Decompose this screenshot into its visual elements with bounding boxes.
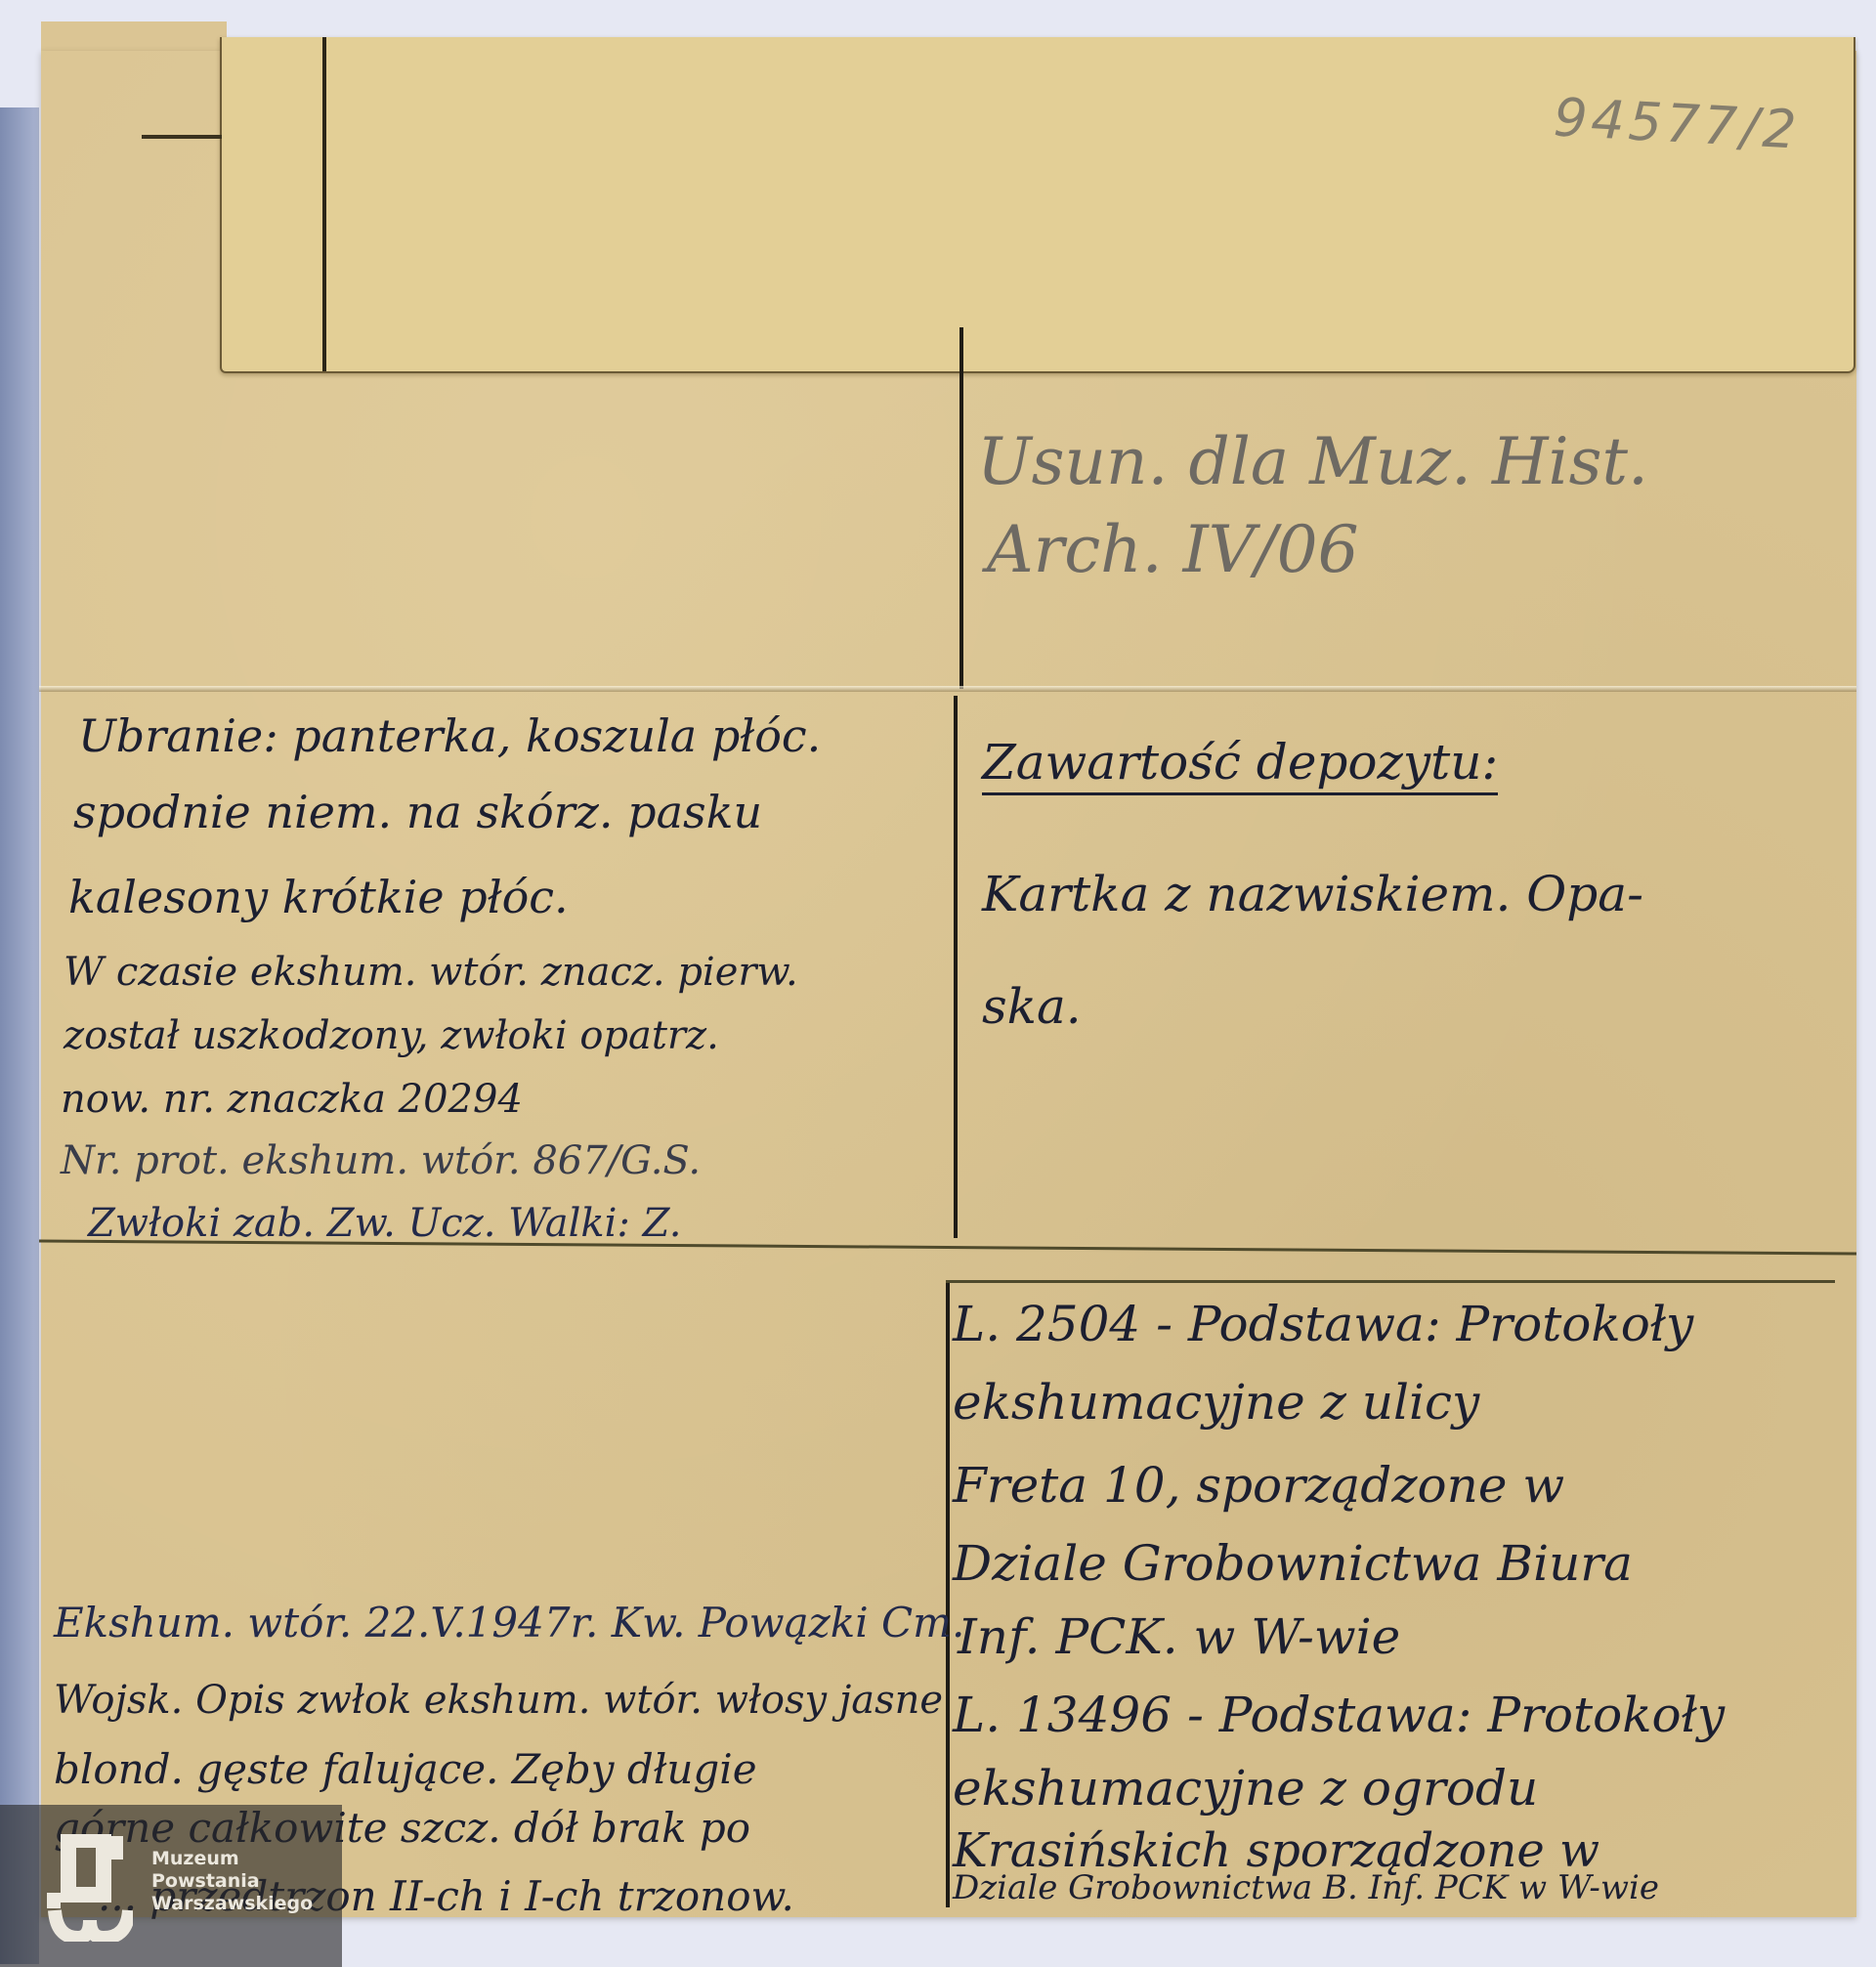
museum-name-line: Warszawskiego <box>151 1893 313 1915</box>
fold-crease-upper <box>39 686 1856 692</box>
column-divider-lower <box>946 1282 950 1907</box>
strip-vertical-line <box>322 37 326 371</box>
clothing-line: W czasie ekshum. wtór. znacz. pierw. <box>64 953 798 992</box>
museum-watermark: Muzeum Powstania Warszawskiego <box>0 1805 342 1967</box>
top-label-strip <box>220 37 1855 373</box>
row-divider-right <box>946 1280 1835 1283</box>
kotwica-anchor-icon <box>47 1834 133 1942</box>
basis-line: Inf. PCK. w W-wie <box>958 1612 1400 1661</box>
deposit-heading: Zawartość depozytu: <box>982 738 1498 795</box>
clothing-line: now. nr. znaczka 20294 <box>61 1080 523 1119</box>
basis-line: L. 13496 - Podstawa: Protokoły <box>953 1690 1725 1739</box>
basis-line: ekshumacyjne z ogrodu <box>953 1764 1538 1813</box>
basis-line: ekshumacyjne z ulicy <box>953 1378 1479 1427</box>
clothing-line: został uszkodzony, zwłoki opatrz. <box>64 1016 719 1055</box>
clothing-line: Ubranie: panterka, koszula płóc. <box>78 713 821 758</box>
column-divider-upper <box>959 327 963 689</box>
exhumation-line: Wojsk. Opis zwłok ekshum. wtór. włosy ja… <box>54 1681 943 1720</box>
clothing-line: Nr. prot. ekshum. wtór. 867/G.S. <box>61 1141 701 1180</box>
museum-name-line: Powstania <box>151 1870 313 1893</box>
basis-line: Dziale Grobownictwa Biura <box>953 1539 1633 1588</box>
museum-name: Muzeum Powstania Warszawskiego <box>151 1848 313 1915</box>
background-shadow <box>0 107 39 1964</box>
basis-line: Krasińskich sporządzone w <box>953 1827 1599 1874</box>
catalog-number: 94577/2 <box>1553 86 1802 160</box>
deposit-line: ska. <box>982 982 1082 1031</box>
margin-tick-line <box>142 135 222 139</box>
museum-transfer-note: Usun. dla Muz. Hist. <box>977 430 1648 494</box>
basis-line: L. 2504 - Podstawa: Protokoły <box>953 1300 1693 1348</box>
clothing-line: spodnie niem. na skórz. pasku <box>73 790 762 834</box>
clothing-line: kalesony krótkie płóc. <box>68 875 569 919</box>
exhumation-line: Ekshum. wtór. 22.V.1947r. Kw. Powązki Cm… <box>54 1603 964 1644</box>
basis-line: Freta 10, sporządzone w <box>953 1461 1564 1510</box>
clothing-line: Zwłoki zab. Zw. Ucz. Walki: Z. <box>88 1204 681 1243</box>
archive-reference-note: Arch. IV/06 <box>987 518 1359 582</box>
basis-line: Dziale Grobownictwa B. Inf. PCK w W-wie <box>953 1871 1659 1904</box>
column-divider-middle <box>954 696 958 1238</box>
exhumation-line: blond. gęste falujące. Zęby długie <box>54 1749 757 1790</box>
deposit-line: Kartka z nazwiskiem. Opa- <box>982 870 1643 919</box>
museum-name-line: Muzeum <box>151 1848 313 1870</box>
